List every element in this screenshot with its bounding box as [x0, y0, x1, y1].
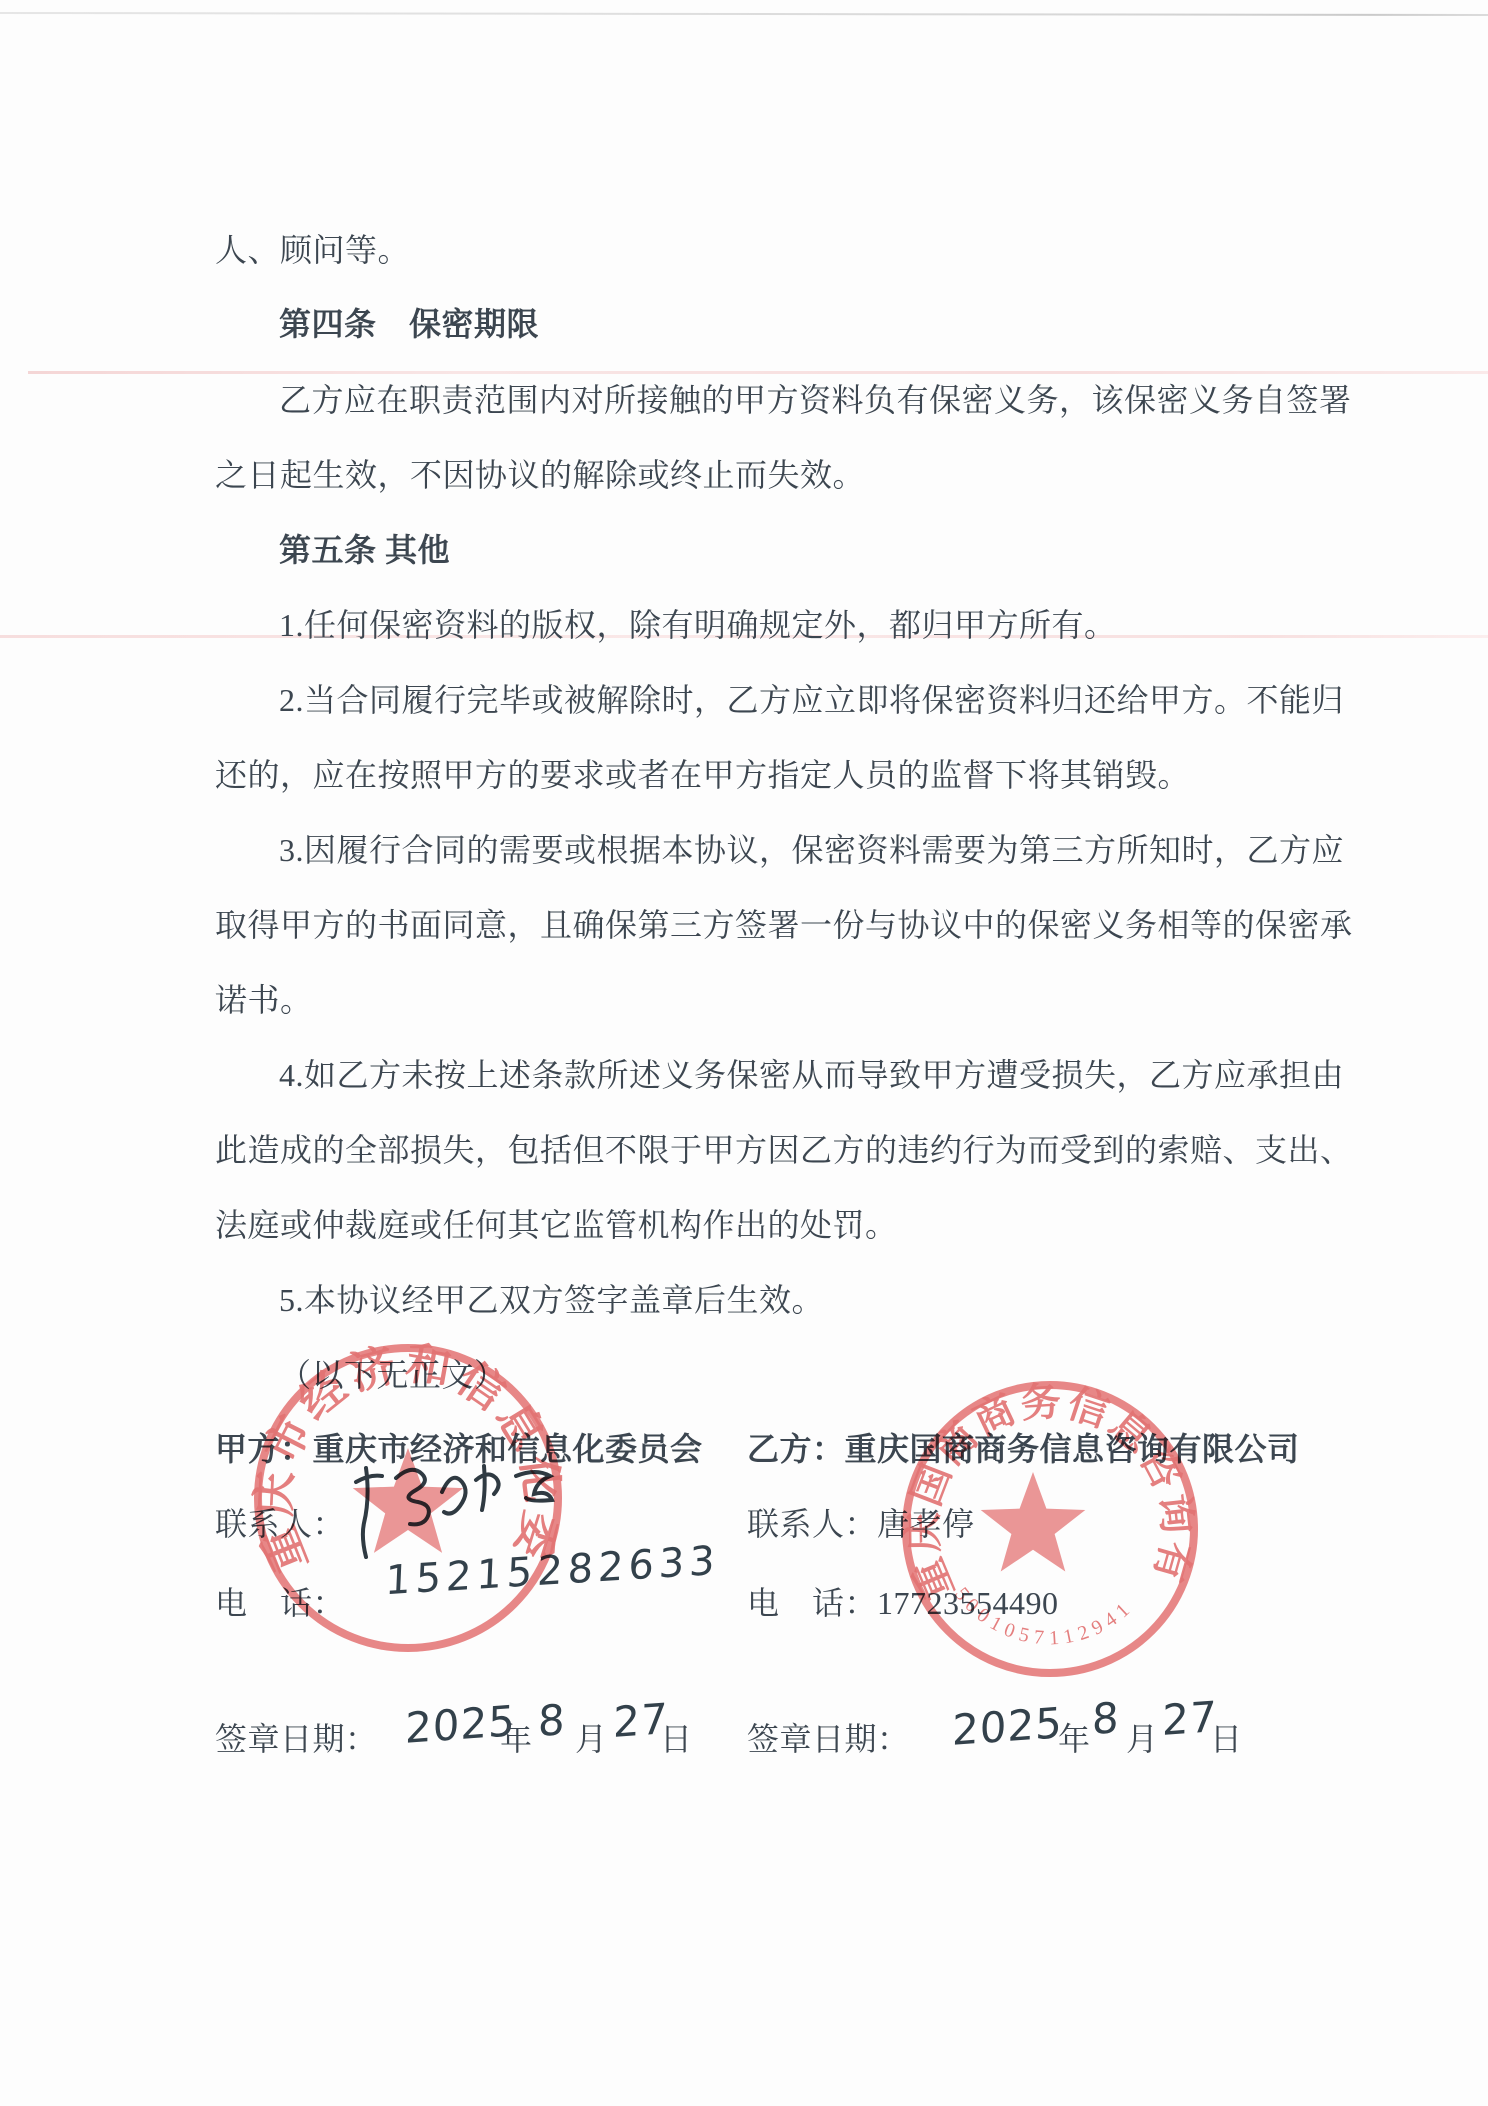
- party-b-seal-code: 5001057112941: [950, 1583, 1138, 1649]
- party-b-seal: 重庆国商商务信息咨询有限公司 5001057112941: [883, 1379, 1217, 1679]
- body-line: 1.任何保密资料的版权，除有明确规定外，都归甲方所有。: [215, 607, 1419, 645]
- body-line: 5.本协议经甲乙双方签字盖章后生效。: [215, 1282, 1419, 1320]
- svg-text:重庆国商商务信息咨询有限公司: 重庆国商商务信息咨询有限公司: [901, 1379, 1201, 1606]
- body-line: 诺书。: [215, 982, 1355, 1020]
- party-a-sign-date-label: 签章日期：: [215, 1714, 378, 1760]
- party-b-date-month-unit: 月: [1126, 1714, 1159, 1760]
- body-line: 法庭或仲裁庭或任何其它监管机构作出的处罚。: [215, 1207, 1355, 1245]
- clause-4-heading: 第四条 保密期限: [215, 306, 1419, 344]
- body-line: 人、顾问等。: [215, 232, 1355, 270]
- party-a-signature-handwriting: [338, 1440, 588, 1570]
- body-line: 乙方应在职责范围内对所接触的甲方资料负有保密义务，该保密义务自签署: [215, 382, 1419, 420]
- seal-star-icon: [981, 1472, 1086, 1572]
- body-line: 4.如乙方未按上述条款所述义务保密从而导致甲方遭受损失，乙方应承担由: [215, 1057, 1419, 1095]
- body-line: 取得甲方的书面同意，且确保第三方签署一份与协议中的保密义务相等的保密承: [215, 907, 1355, 945]
- party-b-date-year-unit: 年: [1058, 1714, 1091, 1760]
- scan-artifact-pink-line-1: [28, 371, 1488, 374]
- svg-text:5001057112941: 5001057112941: [950, 1583, 1138, 1649]
- party-b-sign-date-label: 签章日期：: [747, 1714, 910, 1760]
- contract-page: 人、顾问等。 第四条 保密期限 乙方应在职责范围内对所接触的甲方资料负有保密义务…: [0, 0, 1488, 2106]
- party-a-date-month-handwritten: 8: [538, 1695, 567, 1746]
- party-b-seal-text: 重庆国商商务信息咨询有限公司: [901, 1379, 1201, 1606]
- party-a-date-day-unit: 日: [660, 1714, 693, 1760]
- party-b-date-day-unit: 日: [1210, 1714, 1243, 1760]
- body-line: 3.因履行合同的需要或根据本协议，保密资料需要为第三方所知时，乙方应: [215, 832, 1419, 870]
- party-a-date-month-unit: 月: [575, 1714, 608, 1760]
- scan-artifact-top-line: [0, 12, 1488, 16]
- party-a-date-year-unit: 年: [500, 1714, 533, 1760]
- body-line: 还的，应在按照甲方的要求或者在甲方指定人员的监督下将其销毁。: [215, 757, 1355, 795]
- body-line: 2.当合同履行完毕或被解除时，乙方应立即将保密资料归还给甲方。不能归: [215, 682, 1419, 720]
- clause-5-heading: 第五条 其他: [215, 532, 1419, 570]
- party-b-date-year-handwritten: 2025: [952, 1698, 1063, 1755]
- body-line: 此造成的全部损失，包括但不限于甲方因乙方的违约行为而受到的索赔、支出、: [215, 1132, 1355, 1170]
- body-line: 之日起生效，不因协议的解除或终止而失效。: [215, 457, 1355, 495]
- party-b-date-month-handwritten: 8: [1092, 1693, 1121, 1744]
